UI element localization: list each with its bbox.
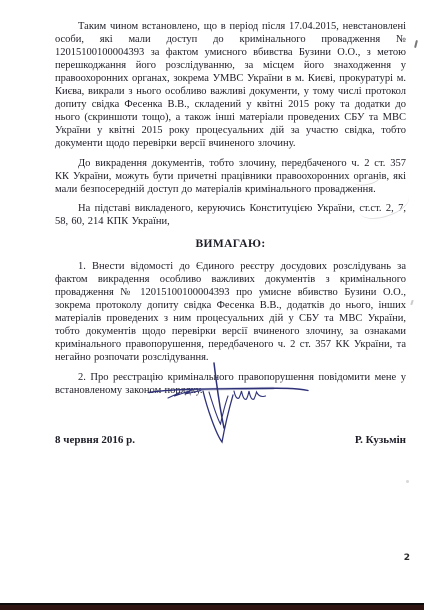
paragraph-legal-basis: На підставі викладеного, керуючись Конст… xyxy=(55,202,406,228)
demand-heading: ВИМАГАЮ: xyxy=(55,238,406,251)
signatory-name: Р. Кузьмін xyxy=(355,434,406,447)
scanned-document-page: Таким чином встановлено, що в період піс… xyxy=(0,0,424,610)
signature-date: 8 червня 2016 р. xyxy=(55,434,135,447)
demand-item-1: 1. Внести відомості до Єдиного реєстру д… xyxy=(55,260,406,364)
paragraph-suspects: До викрадення документів, тобто злочину,… xyxy=(55,157,406,196)
scan-edge xyxy=(0,603,424,610)
paragraph-facts: Таким чином встановлено, що в період піс… xyxy=(55,20,406,150)
page-number: 2 xyxy=(404,553,410,563)
scan-artifact xyxy=(414,40,418,48)
scan-artifact xyxy=(406,480,409,483)
scan-artifact xyxy=(410,300,413,305)
handwritten-signature xyxy=(145,352,330,452)
